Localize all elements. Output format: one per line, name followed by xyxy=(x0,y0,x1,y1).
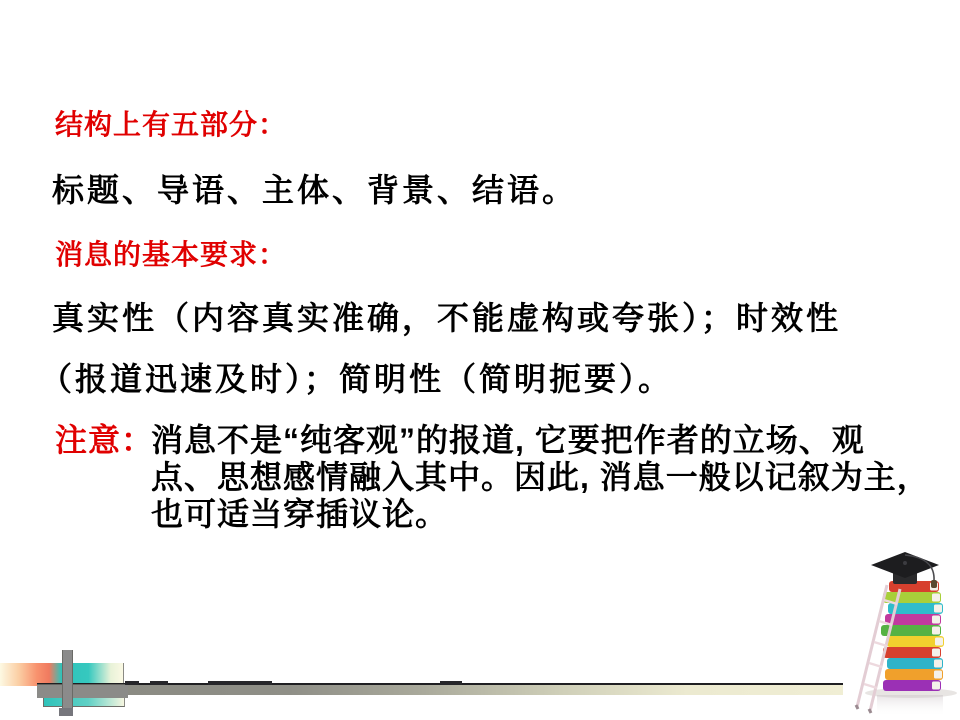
books-illustration-svg xyxy=(843,545,960,720)
line-structure-parts: 标题、导语、主体、背景、结语。 xyxy=(52,172,577,209)
books-stack xyxy=(881,581,944,691)
heading-requirements: 消息的基本要求： xyxy=(55,239,287,271)
heading-structure: 结构上有五部分： xyxy=(55,109,287,141)
rule-dash xyxy=(440,681,462,685)
note-line-1: 注意：消息不是“纯客观”的报道, 它要把作者的立场、观 xyxy=(55,422,930,459)
rule-dash xyxy=(150,681,168,685)
bottom-rule-bar xyxy=(37,685,940,695)
line-requirements-2: （报道迅速及时）；简明性（简明扼要）。 xyxy=(40,361,673,398)
books-reflection xyxy=(877,695,943,717)
line-requirements-1: 真实性（内容真实准确，不能虚构或夸张）；时效性 xyxy=(52,300,841,337)
books-illustration xyxy=(843,545,960,720)
bottom-rule-left-segment xyxy=(37,684,128,698)
note-line-1-text: 消息不是“纯客观”的报道, 它要把作者的立场、观 xyxy=(151,422,865,458)
rule-dash xyxy=(208,681,272,685)
note-paragraph: 注意：消息不是“纯客观”的报道, 它要把作者的立场、观 点、思想感情融入其中。因… xyxy=(55,422,930,533)
presentation-slide: 结构上有五部分： 标题、导语、主体、背景、结语。 消息的基本要求： 真实性（内容… xyxy=(0,0,960,720)
rule-dash xyxy=(125,681,139,685)
note-label: 注意： xyxy=(55,422,151,459)
vertical-bar xyxy=(62,650,73,708)
note-line-2: 点、思想感情融入其中。因此, 消息一般以记叙为主， xyxy=(55,459,930,496)
vertical-bar-cap xyxy=(59,708,73,716)
note-line-3: 也可适当穿插议论。 xyxy=(55,496,930,533)
